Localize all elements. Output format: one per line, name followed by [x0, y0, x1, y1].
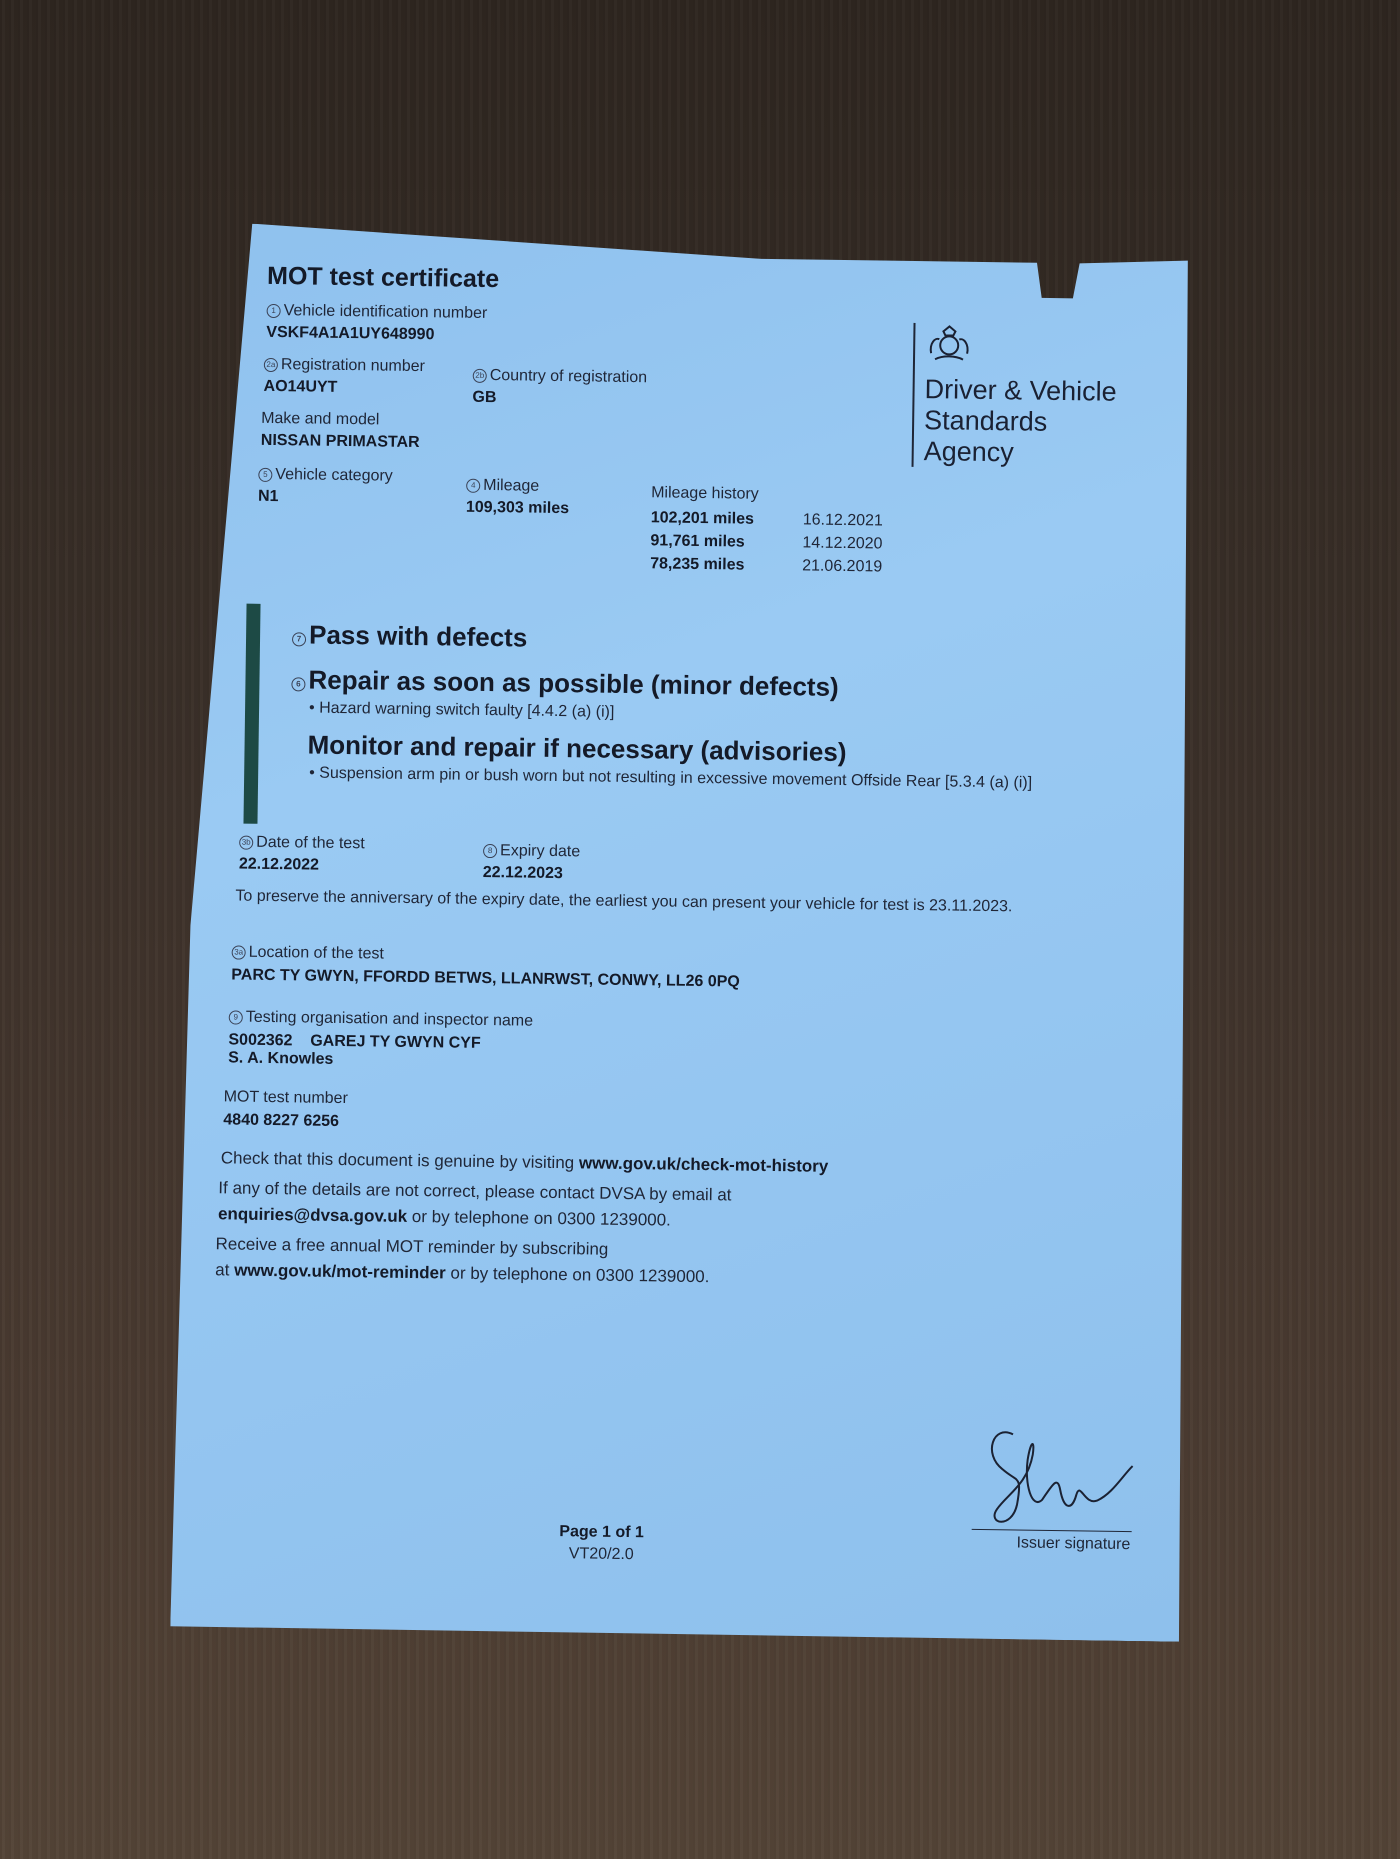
test-location-value: PARC TY GWYN, FFORDD BETWS, LLANRWST, CO… — [231, 966, 740, 991]
page-number: Page 1 of 1 — [551, 1523, 651, 1542]
agency-line-3: Agency — [924, 436, 1116, 470]
mileage-history-label: Mileage history — [651, 484, 883, 505]
result-status-text: Pass with defects — [309, 620, 528, 653]
make-model-label: Make and model — [261, 410, 420, 430]
item-number-icon: 7 — [292, 632, 306, 646]
dvsa-email-link[interactable]: enquiries@dvsa.gov.uk — [218, 1204, 407, 1226]
item-number-icon: 6 — [291, 677, 305, 691]
item-number-icon: 8 — [483, 844, 497, 858]
minor-defects-heading: Repair as soon as possible (minor defect… — [308, 665, 839, 702]
test-number-value: 4840 8227 6256 — [223, 1111, 347, 1131]
issuer-signature — [972, 1414, 1144, 1536]
test-date-field: 3bDate of the test 22.12.2022 — [239, 834, 365, 876]
test-number-label: MOT test number — [224, 1088, 348, 1108]
royal-crest-icon — [925, 323, 974, 364]
mileage-label: Mileage — [483, 477, 539, 495]
item-number-icon: 5 — [258, 468, 272, 482]
document-title: MOT test certificate — [267, 262, 499, 294]
vin-field: 1Vehicle identification number VSKF4A1A1… — [266, 302, 487, 345]
mileage-history-row: 78,235 miles 21.06.2019 — [650, 552, 882, 578]
contact-text: If any of the details are not correct, p… — [218, 1175, 732, 1234]
item-number-icon: 2a — [264, 358, 278, 372]
test-location-label: Location of the test — [249, 944, 384, 963]
vin-value: VSKF4A1A1UY648990 — [266, 324, 487, 345]
registration-label: Registration number — [281, 356, 425, 375]
agency-line-1: Driver & Vehicle — [924, 374, 1116, 408]
mileage-history-row: 91,761 miles 14.12.2020 — [650, 529, 882, 555]
make-model-value: NISSAN PRIMASTAR — [261, 432, 420, 452]
mileage-value: 109,303 miles — [466, 499, 569, 518]
test-date-label: Date of the test — [256, 834, 365, 853]
category-label: Vehicle category — [275, 466, 393, 485]
check-mot-history-link[interactable]: www.gov.uk/check-mot-history — [579, 1153, 829, 1175]
test-location-field: 3aLocation of the test PARC TY GWYN, FFO… — [231, 943, 740, 991]
minor-defects-section: 6Repair as soon as possible (minor defec… — [291, 664, 839, 725]
item-number-icon: 3b — [239, 836, 253, 850]
registration-field: 2aRegistration number AO14UYT — [263, 356, 425, 398]
anniversary-note: To preserve the anniversary of the expir… — [235, 886, 1035, 919]
mileage-field: 4Mileage 109,303 miles — [466, 477, 570, 518]
item-number-icon: 2b — [473, 369, 487, 383]
result-status-bar — [243, 604, 260, 824]
item-number-icon: 3a — [232, 945, 246, 959]
make-model-field: Make and model NISSAN PRIMASTAR — [261, 410, 420, 452]
mileage-history-row: 102,201 miles 16.12.2021 — [651, 506, 883, 532]
expiry-date-field: 8Expiry date 22.12.2023 — [483, 842, 581, 883]
signature-label: Issuer signature — [1016, 1534, 1130, 1554]
country-value: GB — [472, 389, 647, 409]
registration-value: AO14UYT — [263, 378, 424, 398]
check-genuine-text: Check that this document is genuine by v… — [221, 1145, 829, 1179]
item-number-icon: 4 — [466, 479, 480, 493]
organisation-label: Testing organisation and inspector name — [246, 1009, 534, 1030]
test-number-field: MOT test number 4840 8227 6256 — [223, 1088, 348, 1131]
item-number-icon: 1 — [267, 304, 281, 318]
item-number-icon: 9 — [229, 1010, 243, 1024]
expiry-date-label: Expiry date — [500, 842, 580, 860]
test-date-value: 22.12.2022 — [239, 856, 365, 876]
minor-defect-item: • Hazard warning switch faulty [4.4.2 (a… — [309, 700, 838, 725]
reminder-text: Receive a free annual MOT reminder by su… — [215, 1231, 710, 1290]
mileage-history: Mileage history 102,201 miles 16.12.2021… — [650, 484, 883, 578]
country-field: 2bCountry of registration GB — [472, 367, 647, 409]
expiry-date-value: 22.12.2023 — [483, 864, 580, 883]
testing-organisation-field: 9Testing organisation and inspector name… — [228, 1008, 533, 1071]
vehicle-category-field: 5Vehicle category N1 — [258, 466, 393, 508]
dvsa-logo: Driver & Vehicle Standards Agency — [912, 323, 1118, 470]
vin-label: Vehicle identification number — [284, 302, 488, 322]
advisories-section: Monitor and repair if necessary (advisor… — [307, 730, 1108, 793]
category-value: N1 — [258, 488, 393, 508]
mot-reminder-link[interactable]: www.gov.uk/mot-reminder — [234, 1261, 446, 1283]
result-status: 7Pass with defects — [292, 619, 528, 653]
country-label: Country of registration — [490, 367, 648, 386]
page-footer: Page 1 of 1 VT20/2.0 — [551, 1523, 652, 1564]
agency-line-2: Standards — [924, 405, 1116, 439]
mot-certificate-paper: MOT test certificate Driver & Vehicle St… — [170, 223, 1230, 1642]
form-code: VT20/2.0 — [551, 1545, 651, 1564]
inspector-name: S. A. Knowles — [228, 1049, 533, 1071]
